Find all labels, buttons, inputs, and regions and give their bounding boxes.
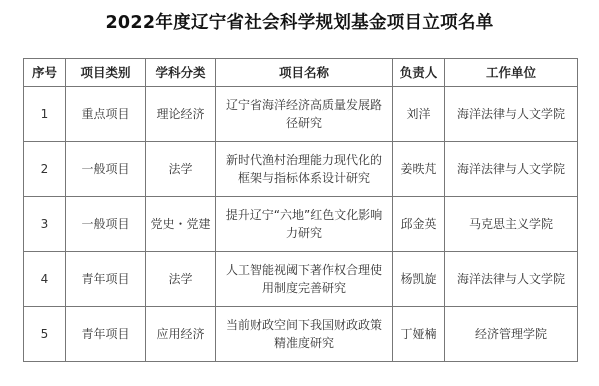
cell-no: 5	[24, 307, 66, 362]
cell-leader: 刘洋	[393, 87, 445, 142]
table-row: 3 一般项目 党史・党建 提升辽宁“六地”红色文化影响力研究 邱金英 马克思主义…	[24, 197, 578, 252]
cell-category: 重点项目	[66, 87, 146, 142]
cell-leader: 丁娅楠	[393, 307, 445, 362]
table-header-row: 序号 项目类别 学科分类 项目名称 负责人 工作单位	[24, 59, 578, 87]
cell-discipline: 法学	[146, 142, 216, 197]
header-no: 序号	[24, 59, 66, 87]
cell-category: 青年项目	[66, 252, 146, 307]
cell-no: 4	[24, 252, 66, 307]
header-unit: 工作单位	[445, 59, 578, 87]
cell-category: 青年项目	[66, 307, 146, 362]
project-list-table: 序号 项目类别 学科分类 项目名称 负责人 工作单位 1 重点项目 理论经济 辽…	[23, 58, 578, 362]
cell-discipline: 党史・党建	[146, 197, 216, 252]
cell-unit: 经济管理学院	[445, 307, 578, 362]
cell-category: 一般项目	[66, 142, 146, 197]
cell-leader: 邱金英	[393, 197, 445, 252]
header-leader: 负责人	[393, 59, 445, 87]
table-row: 5 青年项目 应用经济 当前财政空间下我国财政政策精准度研究 丁娅楠 经济管理学…	[24, 307, 578, 362]
table-row: 1 重点项目 理论经济 辽宁省海洋经济高质量发展路径研究 刘洋 海洋法律与人文学…	[24, 87, 578, 142]
cell-unit: 海洋法律与人文学院	[445, 142, 578, 197]
cell-unit: 马克思主义学院	[445, 197, 578, 252]
cell-project-name: 提升辽宁“六地”红色文化影响力研究	[216, 197, 393, 252]
cell-no: 1	[24, 87, 66, 142]
cell-project-name: 人工智能视阈下著作权合理使用制度完善研究	[216, 252, 393, 307]
header-discipline: 学科分类	[146, 59, 216, 87]
cell-project-name: 辽宁省海洋经济高质量发展路径研究	[216, 87, 393, 142]
header-category: 项目类别	[66, 59, 146, 87]
table-row: 2 一般项目 法学 新时代渔村治理能力现代化的框架与指标体系设计研究 姜昳芃 海…	[24, 142, 578, 197]
cell-unit: 海洋法律与人文学院	[445, 87, 578, 142]
cell-unit: 海洋法律与人文学院	[445, 252, 578, 307]
cell-discipline: 应用经济	[146, 307, 216, 362]
cell-no: 3	[24, 197, 66, 252]
cell-category: 一般项目	[66, 197, 146, 252]
cell-project-name: 新时代渔村治理能力现代化的框架与指标体系设计研究	[216, 142, 393, 197]
cell-discipline: 法学	[146, 252, 216, 307]
table-row: 4 青年项目 法学 人工智能视阈下著作权合理使用制度完善研究 杨凯旋 海洋法律与…	[24, 252, 578, 307]
cell-no: 2	[24, 142, 66, 197]
cell-leader: 姜昳芃	[393, 142, 445, 197]
cell-project-name: 当前财政空间下我国财政政策精准度研究	[216, 307, 393, 362]
header-project-name: 项目名称	[216, 59, 393, 87]
cell-leader: 杨凯旋	[393, 252, 445, 307]
page-title: 2022年度辽宁省社会科学规划基金项目立项名单	[0, 9, 599, 34]
cell-discipline: 理论经济	[146, 87, 216, 142]
